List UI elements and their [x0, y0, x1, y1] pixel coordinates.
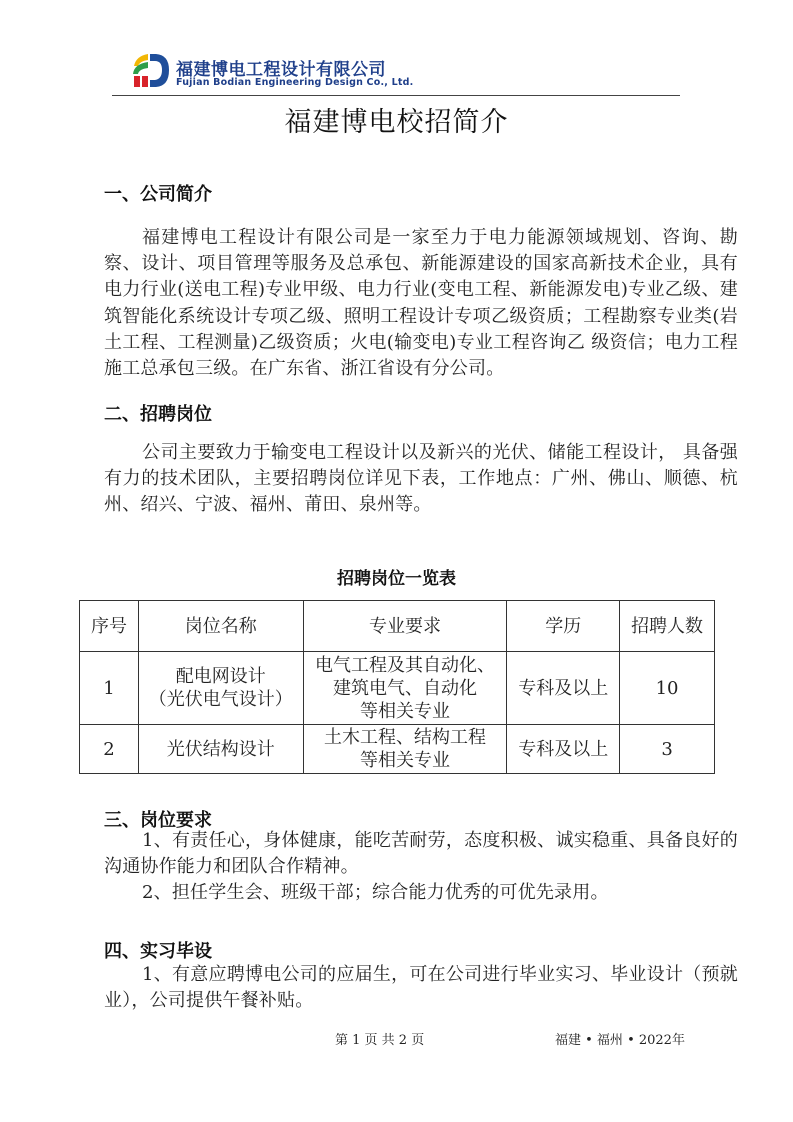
internship-item-1: 1、有意应聘博电公司的应届生，可在公司进行毕业实习、毕业设计（预就业），公司提供…: [104, 962, 738, 1013]
cell-major: 电气工程及其自动化、 建筑电气、自动化 等相关专业: [303, 652, 507, 725]
page-number: 第 1 页 共 2 页: [335, 1029, 424, 1048]
cell-no: 2: [80, 725, 139, 774]
table-title: 招聘岗位一览表: [0, 564, 793, 589]
requirement-item-2: 2、担任学生会、班级干部；综合能力优秀的可优先录用。: [104, 880, 738, 906]
requirement-item-1: 1、有责任心，身体健康，能吃苦耐劳，态度积极、诚实稳重、具备良好的沟通协作能力和…: [104, 828, 738, 879]
company-logo: 福建博电工程设计有限公司 Fujian Bodian Engineering D…: [132, 52, 392, 92]
cell-major-line: 电气工程及其自动化、: [306, 654, 505, 677]
cell-major-line: 土木工程、结构工程: [306, 726, 505, 749]
cell-education: 专科及以上: [507, 725, 620, 774]
table-header-row: 序号 岗位名称 专业要求 学历 招聘人数: [80, 601, 715, 652]
cell-position: 光伏结构设计: [138, 725, 303, 774]
cell-major-line: 等相关专业: [306, 749, 505, 772]
positions-paragraph: 公司主要致力于输变电工程设计以及新兴的光伏、储能工程设计， 具备强有力的技术团队…: [104, 440, 738, 519]
section-heading-internship: 四、实习毕设: [104, 937, 212, 963]
column-header-position: 岗位名称: [138, 601, 303, 652]
jobs-table: 序号 岗位名称 专业要求 学历 招聘人数 1 配电网设计 （光伏电气设计） 电气…: [79, 600, 715, 774]
cell-major-line: 等相关专业: [306, 700, 505, 723]
column-header-count: 招聘人数: [620, 601, 715, 652]
cell-position-line: 配电网设计: [141, 665, 301, 688]
cell-position-line: （光伏电气设计）: [141, 688, 301, 711]
cell-count: 10: [620, 652, 715, 725]
column-header-no: 序号: [80, 601, 139, 652]
cell-no: 1: [80, 652, 139, 725]
column-header-major: 专业要求: [303, 601, 507, 652]
table-row: 2 光伏结构设计 土木工程、结构工程 等相关专业 专科及以上 3: [80, 725, 715, 774]
footer-location-date: 福建 • 福州 • 2022年: [555, 1029, 685, 1048]
column-header-education: 学历: [507, 601, 620, 652]
cell-position: 配电网设计 （光伏电气设计）: [138, 652, 303, 725]
cell-education: 专科及以上: [507, 652, 620, 725]
cell-major: 土木工程、结构工程 等相关专业: [303, 725, 507, 774]
section-heading-positions: 二、招聘岗位: [104, 400, 212, 426]
table-row: 1 配电网设计 （光伏电气设计） 电气工程及其自动化、 建筑电气、自动化 等相关…: [80, 652, 715, 725]
header-divider: [112, 95, 680, 96]
company-logo-icon: [132, 52, 170, 88]
cell-position-line: 光伏结构设计: [141, 738, 301, 761]
section-heading-company-intro: 一、公司简介: [104, 180, 212, 206]
company-intro-paragraph: 福建博电工程设计有限公司是一家至力于电力能源领域规划、咨询、勘察、设计、项目管理…: [104, 225, 738, 382]
company-name-en: Fujian Bodian Engineering Design Co., Lt…: [176, 77, 413, 88]
cell-count: 3: [620, 725, 715, 774]
document-title: 福建博电校招简介: [0, 100, 793, 139]
cell-major-line: 建筑电气、自动化: [306, 677, 505, 700]
